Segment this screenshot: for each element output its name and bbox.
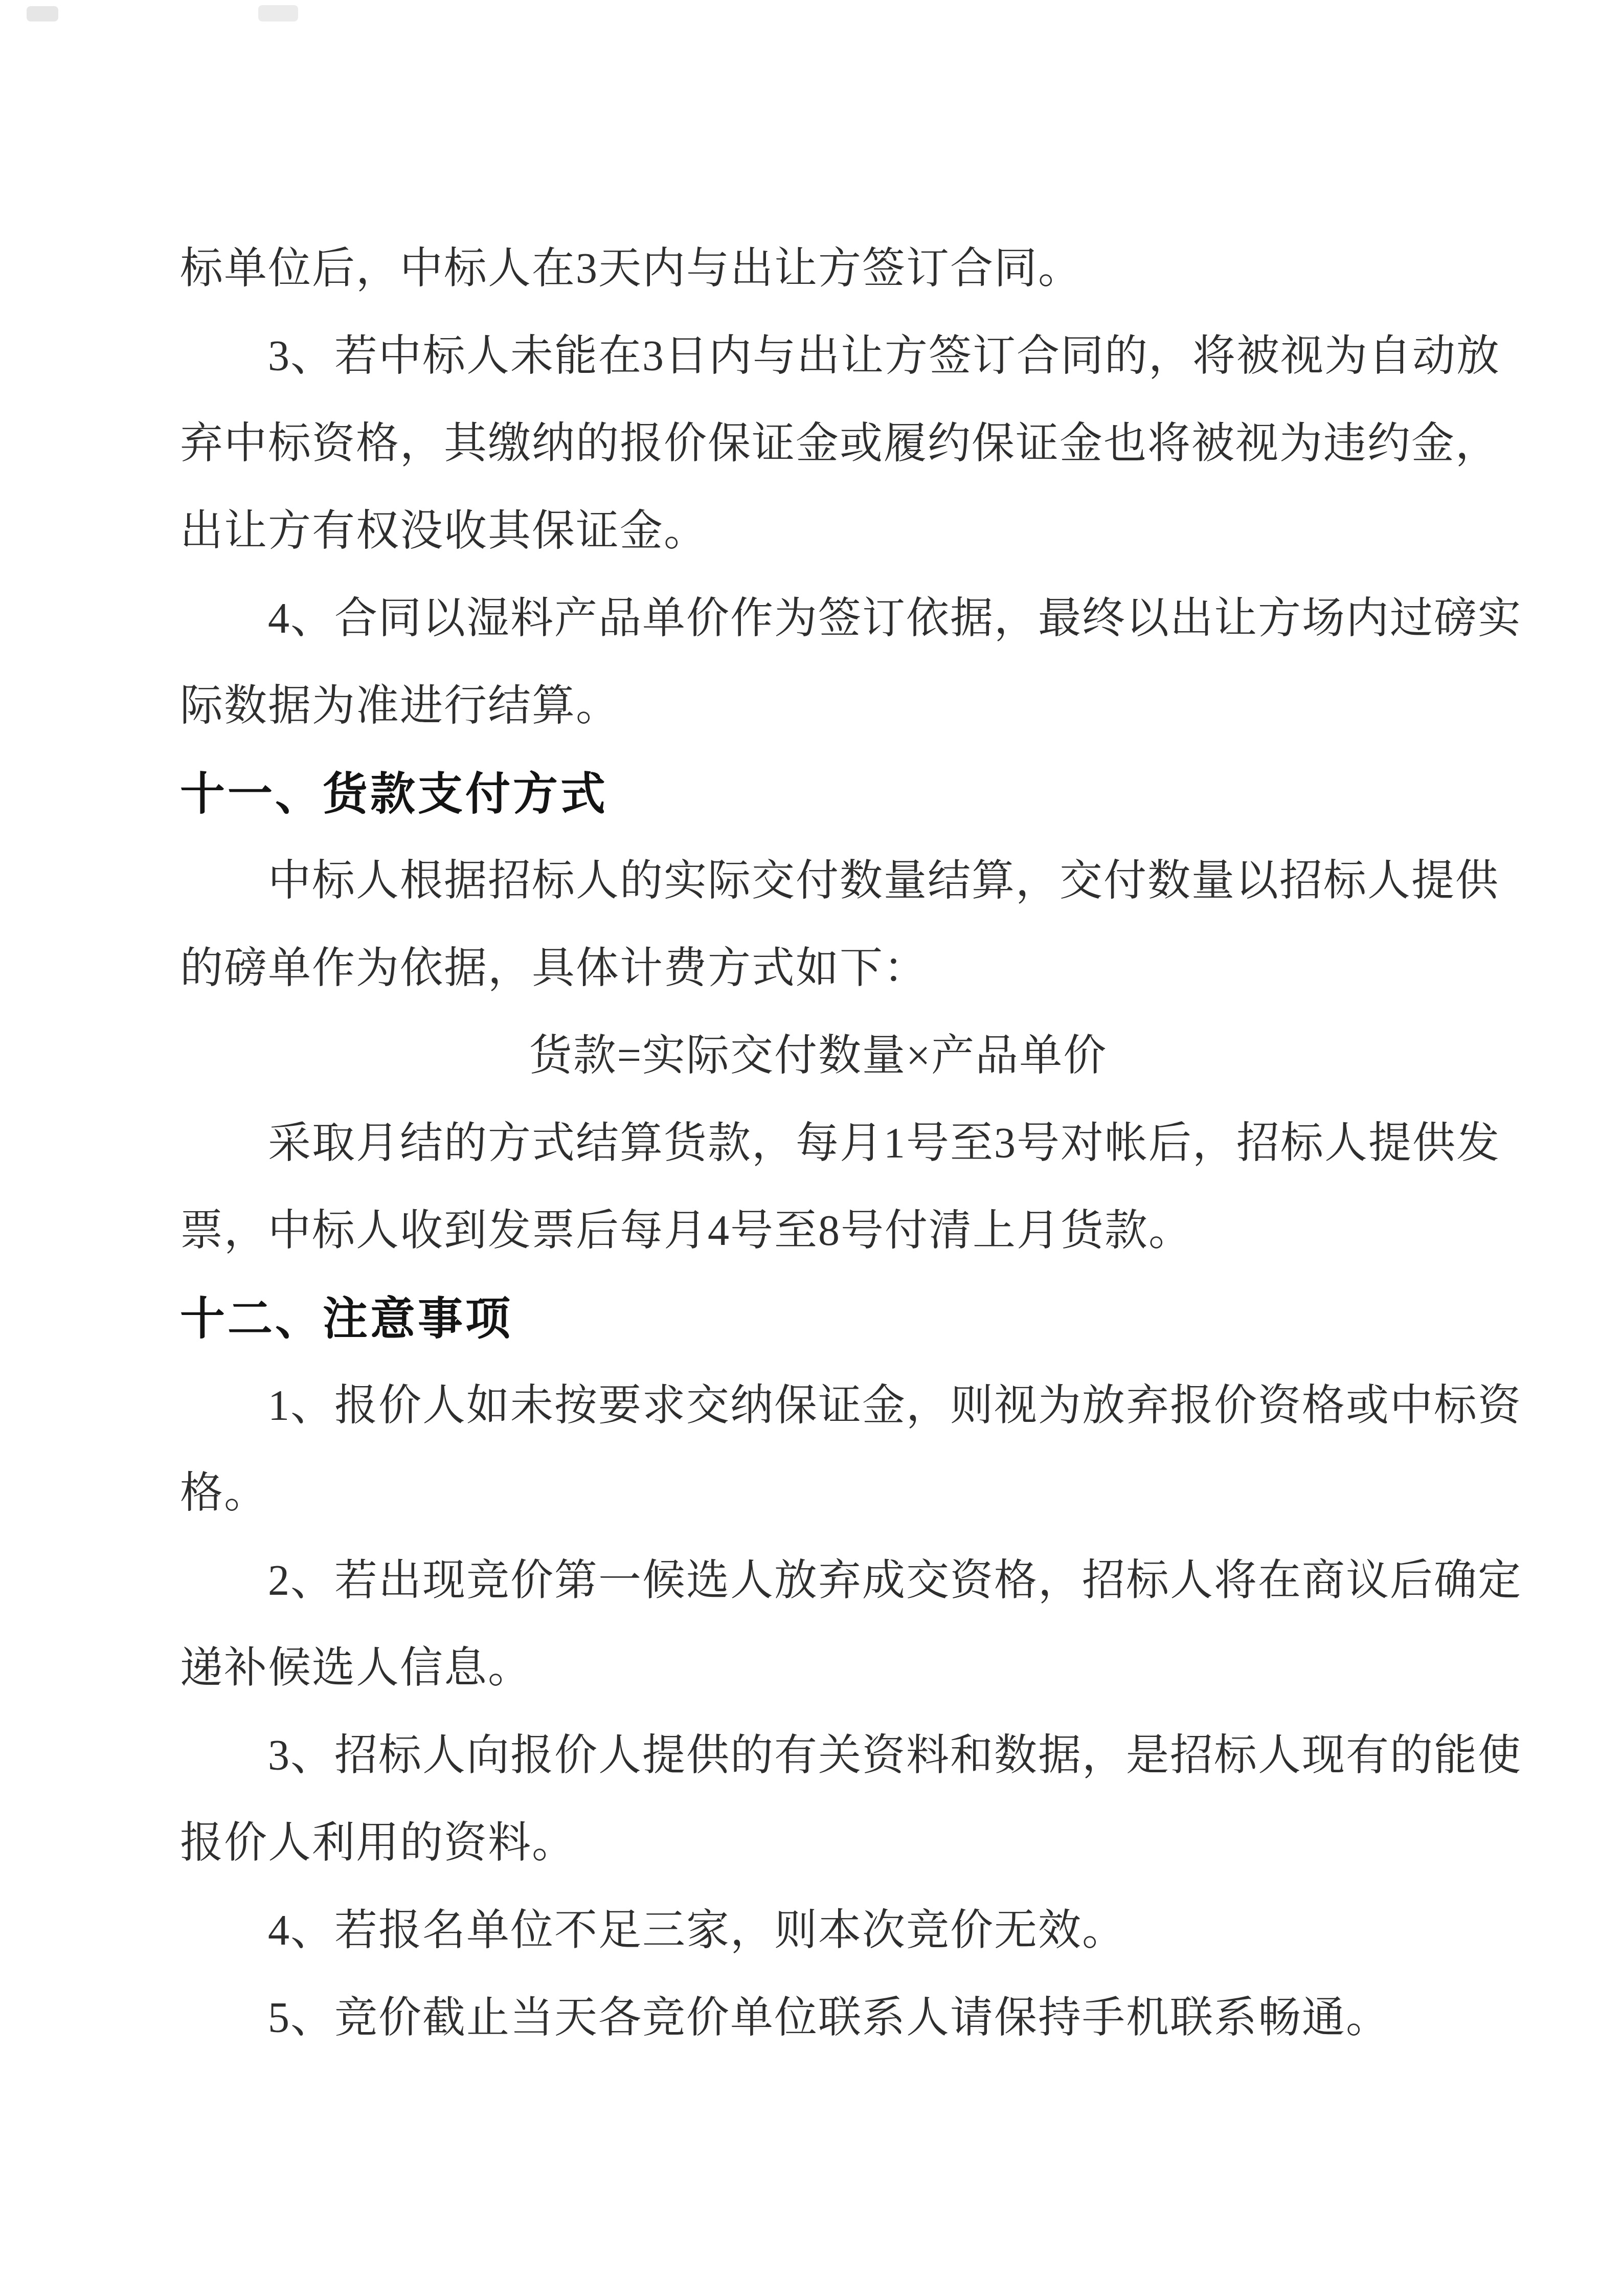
text-line: 弃中标资格，其缴纳的报价保证金或履约保证金也将被视为违约金，: [180, 400, 1456, 487]
text-line: 4、若报名单位不足三家，则本次竞价无效。: [180, 1887, 1456, 1974]
text-line: 1、报价人如未按要求交纳保证金，则视为放弃报价资格或中标资: [180, 1362, 1456, 1450]
document-text-block: 标单位后，中标人在3天内与出让方签订合同。 3、若中标人未能在3日内与出让方签订…: [180, 225, 1456, 2062]
text-line: 2、若出现竞价第一候选人放弃成交资格，招标人将在商议后确定: [180, 1537, 1456, 1624]
scan-smudge-artifact: [258, 5, 298, 21]
text-line: 出让方有权没收其保证金。: [180, 487, 1456, 575]
text-line: 4、合同以湿料产品单价作为签订依据，最终以出让方场内过磅实: [180, 575, 1456, 662]
text-line: 格。: [180, 1450, 1456, 1537]
text-line: 3、招标人向报价人提供的有关资料和数据，是招标人现有的能使: [180, 1712, 1456, 1799]
text-line: 报价人利用的资料。: [180, 1799, 1456, 1887]
text-line: 中标人根据招标人的实际交付数量结算，交付数量以招标人提供: [180, 837, 1456, 925]
scanned-document-page: 标单位后，中标人在3天内与出让方签订合同。 3、若中标人未能在3日内与出让方签订…: [0, 0, 1623, 2296]
text-line: 的磅单作为依据，具体计费方式如下：: [180, 925, 1456, 1012]
text-line: 3、若中标人未能在3日内与出让方签订合同的，将被视为自动放: [180, 313, 1456, 400]
text-line: 采取月结的方式结算货款，每月1号至3号对帐后，招标人提供发: [180, 1100, 1456, 1187]
text-line: 际数据为准进行结算。: [180, 662, 1456, 750]
text-line: 递补候选人信息。: [180, 1624, 1456, 1712]
section-heading-12: 十二、注意事项: [180, 1275, 1456, 1362]
section-heading-11: 十一、货款支付方式: [180, 750, 1456, 837]
scan-smudge-artifact: [27, 6, 58, 21]
text-line: 标单位后，中标人在3天内与出让方签订合同。: [180, 225, 1456, 313]
text-line: 5、竞价截止当天各竞价单位联系人请保持手机联系畅通。: [180, 1974, 1456, 2062]
payment-formula: 货款=实际交付数量×产品单价: [180, 1012, 1456, 1100]
text-line: 票，中标人收到发票后每月4号至8号付清上月货款。: [180, 1187, 1456, 1275]
